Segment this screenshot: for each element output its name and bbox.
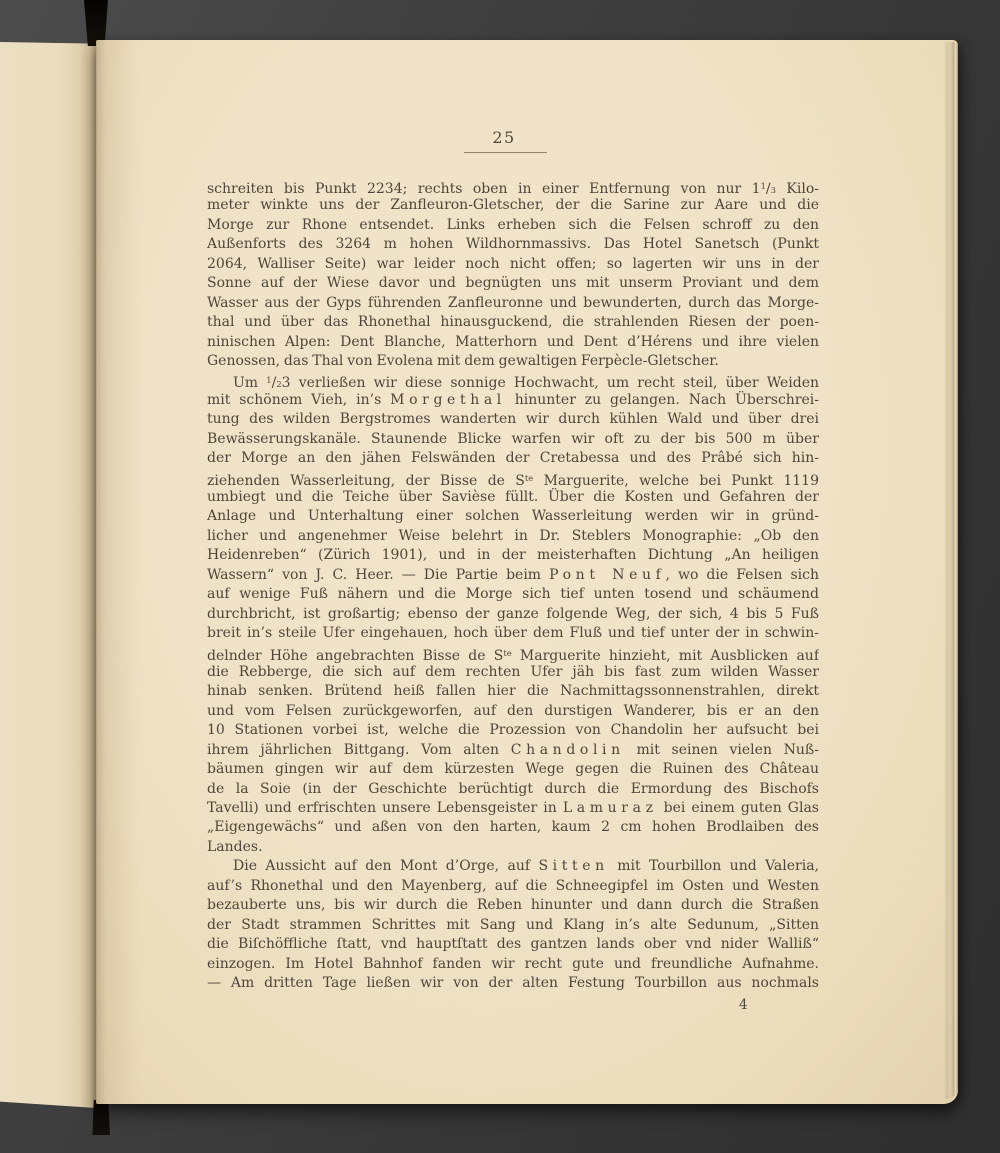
text-line: schreiten bis Punkt 2234; rechts oben in… (207, 177, 819, 196)
text-block: schreiten bis Punkt 2234; rechts oben in… (207, 177, 819, 999)
text-line: auf’s Rhonethal und den Mayenberg, auf d… (207, 877, 819, 896)
text-line: ninischen Alpen: Dent Blanche, Matterhor… (207, 333, 819, 352)
text-line: Tavelli) und erfrischten unsere Lebensge… (207, 799, 819, 818)
text-line: die Rebberge, die sich auf dem rechten U… (207, 663, 819, 682)
page-edge-stack (944, 42, 958, 1099)
text-line: ihrem jährlichen Bittgang. Vom alten Cha… (207, 741, 819, 760)
text-line: der Stadt strammen Schrittes mit Sang un… (207, 916, 819, 935)
text-line: delnder Höhe angebrachten Bisse de Ste M… (207, 644, 819, 663)
text-line: Bewässerungskanäle. Staunende Blicke war… (207, 430, 819, 449)
page-number: 25 (198, 128, 810, 147)
text-line: Außenforts des 3264 m hohen Wildhornmass… (207, 235, 819, 254)
bookmark-ribbon-bottom (92, 1100, 110, 1135)
text-line: die Biſchöffliche ſtatt, vnd hauptſtatt … (207, 935, 819, 954)
text-line: Anlage und Unterhaltung einer solchen Wa… (207, 507, 819, 526)
text-line: Die Aussicht auf den Mont d’Orge, auf Si… (207, 857, 819, 876)
text-line: de la Soie (in der Geschichte berüchtigt… (207, 780, 819, 799)
gutter-shadow (96, 40, 139, 1104)
text-line: „Eigengewächs“ und aßen von den harten, … (207, 818, 819, 837)
text-line: Um 1/23 verließen wir diese sonnige Hoch… (207, 371, 819, 390)
text-line: und vom Felsen zurückgeworfen, auf den d… (207, 702, 819, 721)
text-line: der Morge an den jähen Felswänden der Cr… (207, 449, 819, 468)
text-line: ziehenden Wasserleitung, der Bisse de St… (207, 469, 819, 488)
signature-mark: 4 (739, 997, 748, 1013)
text-line: meter winkte uns der Zanfleuron-Gletsche… (207, 196, 819, 215)
text-line: bezauberte uns, bis wir durch die Reben … (207, 896, 819, 915)
text-line: auf wenige Fuß nähern und die Morge sich… (207, 585, 819, 604)
text-line: Genossen, das Thal von Evolena mit dem g… (207, 352, 819, 371)
text-line: licher und angenehmer Weise belehrt in D… (207, 527, 819, 546)
text-line: einzogen. Im Hotel Bahnhof fanden wir re… (207, 955, 819, 974)
text-line: 2064, Walliser Seite) war leider noch ni… (207, 255, 819, 274)
scan-background: 25 schreiten bis Punkt 2234; rechts oben… (0, 0, 1000, 1153)
text-line: breit in’s steile Ufer eingehauen, hoch … (207, 624, 819, 643)
text-line: — Am dritten Tage ließen wir von der alt… (207, 974, 819, 993)
text-line: Morge zur Rhone entsendet. Links erheben… (207, 216, 819, 235)
left-facing-page (0, 42, 96, 1108)
text-line: Landes. (207, 838, 819, 857)
header-rule (464, 152, 547, 153)
text-line: tung des wilden Bergstromes wanderten wi… (207, 410, 819, 429)
text-line: Wassern“ von J. C. Heer. — Die Partie be… (207, 566, 819, 585)
text-line: durchbricht, ist großartig; ebenso der g… (207, 605, 819, 624)
book-page: 25 schreiten bis Punkt 2234; rechts oben… (96, 40, 958, 1104)
text-line: mit schönem Vieh, in’s Morgethal hinunte… (207, 391, 819, 410)
text-line: Sonne auf der Wiese davor und begnügten … (207, 274, 819, 293)
text-line: umbiegt und die Teiche über Savièse füll… (207, 488, 819, 507)
text-line: Heidenreben“ (Zürich 1901), und in der m… (207, 546, 819, 565)
text-line: 10 Stationen vorbei ist, welche die Proz… (207, 721, 819, 740)
text-line: Wasser aus der Gyps führenden Zanfleuron… (207, 294, 819, 313)
text-line: hinab senken. Brütend heiß fallen hier d… (207, 682, 819, 701)
text-line: bäumen gingen wir auf dem kürzesten Wege… (207, 760, 819, 779)
text-line: thal und über das Rhonethal hinausgucken… (207, 313, 819, 332)
